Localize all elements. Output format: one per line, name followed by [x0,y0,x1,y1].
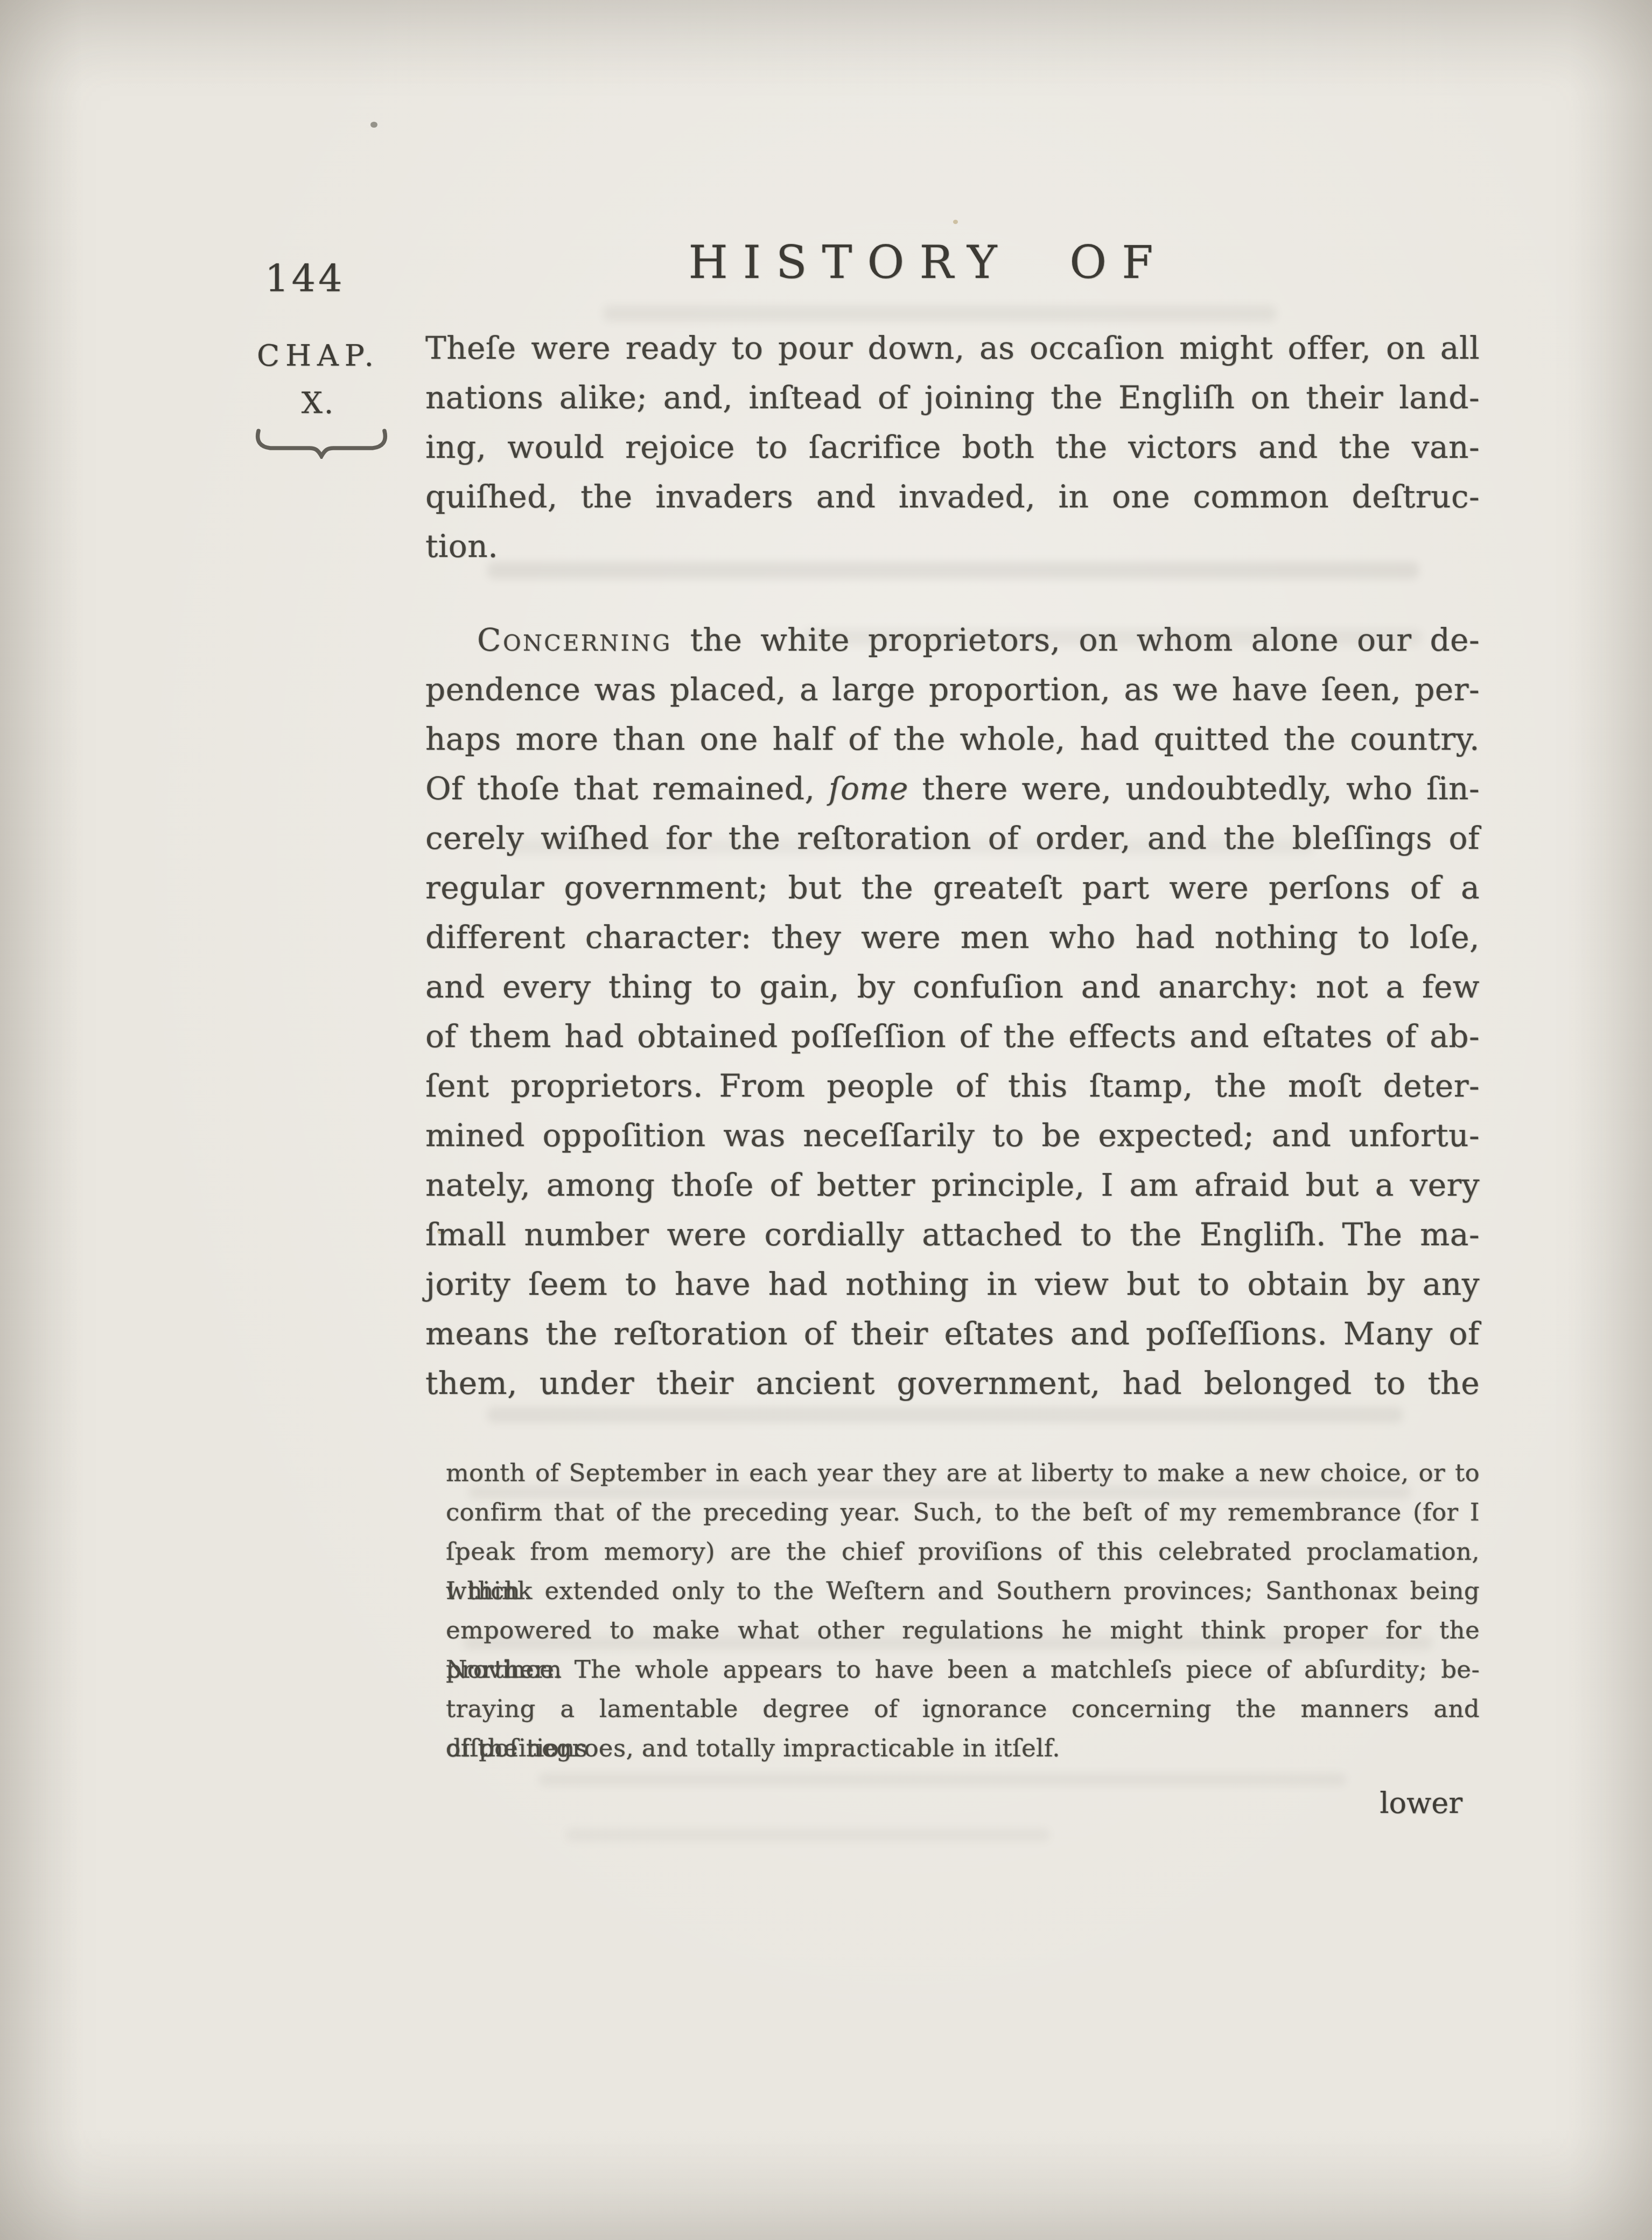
chapter-label: CHAP. [253,338,383,373]
text-line: Concerning the white proprietors, on who… [425,615,1480,665]
footnote-block: month of September in each year they are… [446,1453,1480,1768]
ink-speck [370,122,377,128]
text-line: month of September in each year they are… [446,1453,1480,1492]
text-line: confirm that of the preceding year. Such… [446,1492,1480,1532]
paragraph: Theſe were ready to pour down, as occaſi… [425,323,1480,571]
text-line: of the negroes, and totally impracticabl… [446,1728,1480,1768]
text-run: Of thoſe that remained, [425,770,829,807]
text-line: regular government; but the greateſt par… [425,863,1480,912]
text-line: Theſe were ready to pour down, as occaſi… [425,323,1480,373]
page-number: 144 [265,256,345,301]
text-line: Of thoſe that remained, ſome there were,… [425,764,1480,813]
paragraph: Concerning the white proprietors, on who… [425,615,1480,1408]
running-header: HISTORY OF [401,236,1455,289]
text-run: Concerning [477,622,672,658]
text-run: there were, undoubtedly, who ſin- [908,770,1480,807]
text-line: nately, among thoſe of better principle,… [425,1160,1480,1210]
text-run: the white proprietors, on whom alone our… [672,622,1480,658]
text-line: nations alike; and, inſtead of joining t… [425,373,1480,422]
foxing-speck [953,220,958,224]
main-text-block: Theſe were ready to pour down, as occaſi… [425,323,1480,1408]
text-line: cerely wiſhed for the reſtoration of ord… [425,813,1480,863]
text-line: pendence was placed, a large proportion,… [425,665,1480,714]
text-line: mined oppoſition was neceſſarily to be e… [425,1111,1480,1160]
show-through-ghost [538,1773,1346,1786]
text-line: ſmall number were cordially attached to … [425,1210,1480,1259]
text-run: ſome [829,770,908,807]
text-line: ſent proprietors. From people of this ſt… [425,1061,1480,1111]
text-line: ſpeak from memory) are the chief proviſi… [446,1532,1480,1571]
text-line: province. The whole appears to have been… [446,1650,1480,1689]
show-through-ghost [603,305,1276,322]
text-line: of them had obtained poſſeſſion of the e… [425,1011,1480,1061]
text-line: means the reſtoration of their eſtates a… [425,1309,1480,1358]
catchword: lower [425,1786,1462,1820]
text-line: traying a lamentable degree of ignorance… [446,1689,1480,1728]
show-through-ghost [565,1829,1050,1841]
text-line: jority ſeem to have had nothing in view … [425,1259,1480,1309]
text-line: and every thing to gain, by confuſion an… [425,962,1480,1011]
text-line: empowered to make what other regulations… [446,1610,1480,1650]
text-line: haps more than one half of the whole, ha… [425,714,1480,764]
text-line: different character: they were men who h… [425,912,1480,962]
text-line: ing, would rejoice to ſacrifice both the… [425,422,1480,472]
scanned-book-page: 144 HISTORY OF CHAP. X. Theſe were ready… [0,0,1652,2240]
show-through-ghost [487,1407,1403,1423]
text-line: I think extended only to the Weſtern and… [446,1571,1480,1610]
text-line: tion. [425,521,1480,571]
text-line: quiſhed, the invaders and invaded, in on… [425,472,1480,521]
chapter-number: X. [253,386,383,420]
text-line: them, under their ancient government, ha… [425,1358,1480,1408]
chapter-brace-ornament [254,425,389,461]
